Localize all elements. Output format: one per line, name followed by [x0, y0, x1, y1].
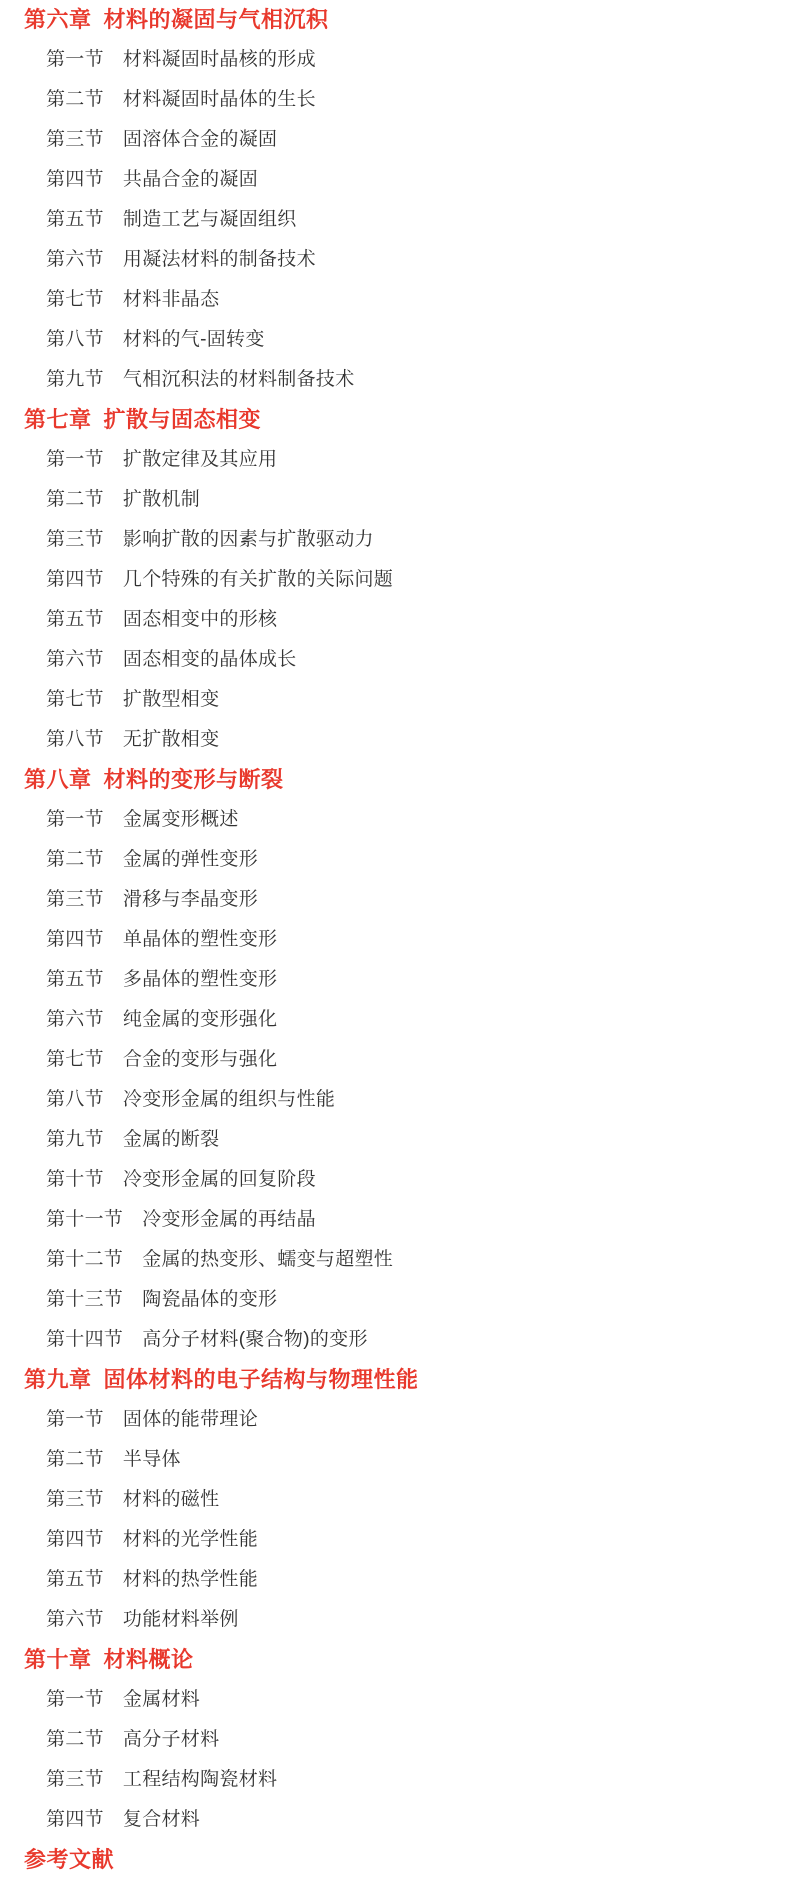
section-item: 第八节无扩散相变 [0, 720, 790, 760]
section-label: 第四节 [46, 1809, 104, 1830]
section-item: 第六节功能材料举例 [0, 1600, 790, 1640]
section-item: 第十一节冷变形金属的再结晶 [0, 1200, 790, 1240]
section-item: 第二节半导体 [0, 1440, 790, 1480]
section-item: 第二节材料凝固时晶体的生长 [0, 80, 790, 120]
section-label: 第三节 [46, 129, 104, 150]
chapter-heading: 第九章固体材料的电子结构与物理性能 [0, 1360, 790, 1400]
section-item: 第十三节陶瓷晶体的变形 [0, 1280, 790, 1320]
chapter-heading: 第八章材料的变形与断裂 [0, 760, 790, 800]
section-label: 第二节 [46, 489, 104, 510]
section-item: 第四节材料的光学性能 [0, 1520, 790, 1560]
section-title: 共晶合金的凝固 [123, 169, 258, 190]
section-item: 第四节共晶合金的凝固 [0, 160, 790, 200]
section-item: 第三节工程结构陶瓷材料 [0, 1760, 790, 1800]
section-title: 材料的气-固转变 [123, 329, 265, 350]
section-label: 第十二节 [46, 1249, 123, 1270]
section-title: 材料凝固时晶核的形成 [123, 49, 316, 70]
chapter-title: 材料概论 [104, 1647, 194, 1672]
section-item: 第十四节高分子材料(聚合物)的变形 [0, 1320, 790, 1360]
section-label: 第十四节 [46, 1329, 123, 1350]
section-title: 材料的磁性 [123, 1489, 220, 1510]
chapter-heading: 第七章扩散与固态相变 [0, 400, 790, 440]
chapter-title: 材料的凝固与气相沉积 [104, 7, 329, 32]
section-item: 第一节扩散定律及其应用 [0, 440, 790, 480]
section-label: 第三节 [46, 1769, 104, 1790]
section-label: 第三节 [46, 1489, 104, 1510]
section-title: 金属的热变形、蠕变与超塑性 [142, 1249, 393, 1270]
section-item: 第一节材料凝固时晶核的形成 [0, 40, 790, 80]
section-item: 第四节单晶体的塑性变形 [0, 920, 790, 960]
chapter-heading: 第十章材料概论 [0, 1640, 790, 1680]
section-title: 影响扩散的因素与扩散驱动力 [123, 529, 374, 550]
section-title: 合金的变形与强化 [123, 1049, 277, 1070]
section-item: 第六节纯金属的变形强化 [0, 1000, 790, 1040]
section-title: 纯金属的变形强化 [123, 1009, 277, 1030]
section-title: 高分子材料(聚合物)的变形 [142, 1329, 368, 1350]
section-item: 第六节用凝法材料的制备技术 [0, 240, 790, 280]
section-label: 第一节 [46, 49, 104, 70]
section-title: 固溶体合金的凝固 [123, 129, 277, 150]
section-title: 功能材料举例 [123, 1609, 239, 1630]
section-item: 第七节材料非晶态 [0, 280, 790, 320]
section-item: 第二节金属的弹性变形 [0, 840, 790, 880]
section-item: 第七节扩散型相变 [0, 680, 790, 720]
section-title: 无扩散相变 [123, 729, 220, 750]
section-item: 第五节制造工艺与凝固组织 [0, 200, 790, 240]
section-item: 第三节影响扩散的因素与扩散驱动力 [0, 520, 790, 560]
section-label: 第二节 [46, 1729, 104, 1750]
section-title: 工程结构陶瓷材料 [123, 1769, 277, 1790]
chapter-title: 扩散与固态相变 [104, 407, 262, 432]
section-title: 冷变形金属的再结晶 [142, 1209, 316, 1230]
section-title: 高分子材料 [123, 1729, 220, 1750]
section-title: 半导体 [123, 1449, 181, 1470]
section-title: 陶瓷晶体的变形 [142, 1289, 277, 1310]
chapter-label: 第六章 [24, 7, 92, 32]
section-item: 第九节气相沉积法的材料制备技术 [0, 360, 790, 400]
section-title: 金属变形概述 [123, 809, 239, 830]
references-heading: 参考文献 [0, 1840, 790, 1880]
section-title: 复合材料 [123, 1809, 200, 1830]
section-label: 第十节 [46, 1169, 104, 1190]
section-item: 第八节冷变形金属的组织与性能 [0, 1080, 790, 1120]
section-label: 第一节 [46, 1409, 104, 1430]
section-label: 第九节 [46, 1129, 104, 1150]
section-label: 第五节 [46, 1569, 104, 1590]
section-item: 第三节材料的磁性 [0, 1480, 790, 1520]
section-label: 第一节 [46, 449, 104, 470]
section-item: 第二节扩散机制 [0, 480, 790, 520]
section-label: 第六节 [46, 1609, 104, 1630]
section-label: 第二节 [46, 849, 104, 870]
section-title: 固态相变中的形核 [123, 609, 277, 630]
section-title: 用凝法材料的制备技术 [123, 249, 316, 270]
section-label: 第八节 [46, 329, 104, 350]
section-label: 第十一节 [46, 1209, 123, 1230]
section-title: 多晶体的塑性变形 [123, 969, 277, 990]
section-item: 第三节滑移与李晶变形 [0, 880, 790, 920]
section-title: 单晶体的塑性变形 [123, 929, 277, 950]
section-title: 滑移与李晶变形 [123, 889, 258, 910]
toc-list: 第六章材料的凝固与气相沉积 第一节材料凝固时晶核的形成 第二节材料凝固时晶体的生… [0, 0, 790, 1880]
section-title: 金属的弹性变形 [123, 849, 258, 870]
section-label: 第五节 [46, 609, 104, 630]
section-label: 第三节 [46, 529, 104, 550]
chapter-title: 固体材料的电子结构与物理性能 [104, 1367, 419, 1392]
section-title: 气相沉积法的材料制备技术 [123, 369, 355, 390]
section-label: 第二节 [46, 1449, 104, 1470]
section-item: 第九节金属的断裂 [0, 1120, 790, 1160]
section-title: 材料的热学性能 [123, 1569, 258, 1590]
section-label: 第六节 [46, 1009, 104, 1030]
section-item: 第六节固态相变的晶体成长 [0, 640, 790, 680]
section-title: 冷变形金属的组织与性能 [123, 1089, 335, 1110]
section-label: 第八节 [46, 729, 104, 750]
section-label: 第四节 [46, 569, 104, 590]
section-item: 第二节高分子材料 [0, 1720, 790, 1760]
section-label: 第五节 [46, 209, 104, 230]
section-item: 第三节固溶体合金的凝固 [0, 120, 790, 160]
section-item: 第十二节金属的热变形、蠕变与超塑性 [0, 1240, 790, 1280]
section-item: 第五节固态相变中的形核 [0, 600, 790, 640]
section-item: 第四节几个特殊的有关扩散的关际问题 [0, 560, 790, 600]
section-title: 金属的断裂 [123, 1129, 220, 1150]
section-label: 第三节 [46, 889, 104, 910]
section-label: 第九节 [46, 369, 104, 390]
section-label: 第四节 [46, 1529, 104, 1550]
chapter-label: 第九章 [24, 1367, 92, 1392]
section-title: 材料非晶态 [123, 289, 220, 310]
section-label: 第七节 [46, 289, 104, 310]
chapter-title: 材料的变形与断裂 [104, 767, 284, 792]
section-title: 金属材料 [123, 1689, 200, 1710]
toc-page: 第六章材料的凝固与气相沉积 第一节材料凝固时晶核的形成 第二节材料凝固时晶体的生… [0, 0, 790, 1897]
section-title: 几个特殊的有关扩散的关际问题 [123, 569, 393, 590]
section-item: 第五节材料的热学性能 [0, 1560, 790, 1600]
section-label: 第六节 [46, 249, 104, 270]
section-item: 第十节冷变形金属的回复阶段 [0, 1160, 790, 1200]
section-label: 第二节 [46, 89, 104, 110]
section-item: 第四节复合材料 [0, 1800, 790, 1840]
section-title: 扩散定律及其应用 [123, 449, 277, 470]
section-label: 第四节 [46, 169, 104, 190]
section-label: 第七节 [46, 689, 104, 710]
section-item: 第一节固体的能带理论 [0, 1400, 790, 1440]
section-label: 第八节 [46, 1089, 104, 1110]
section-title: 扩散机制 [123, 489, 200, 510]
section-label: 第十三节 [46, 1289, 123, 1310]
section-label: 第六节 [46, 649, 104, 670]
chapter-label: 第十章 [24, 1647, 92, 1672]
section-label: 第七节 [46, 1049, 104, 1070]
chapter-label: 第七章 [24, 407, 92, 432]
section-label: 第四节 [46, 929, 104, 950]
chapter-label: 第八章 [24, 767, 92, 792]
section-label: 第一节 [46, 1689, 104, 1710]
section-item: 第一节金属变形概述 [0, 800, 790, 840]
section-title: 材料的光学性能 [123, 1529, 258, 1550]
chapter-heading: 第六章材料的凝固与气相沉积 [0, 0, 790, 40]
section-item: 第五节多晶体的塑性变形 [0, 960, 790, 1000]
section-title: 固体的能带理论 [123, 1409, 258, 1430]
section-title: 冷变形金属的回复阶段 [123, 1169, 316, 1190]
section-title: 材料凝固时晶体的生长 [123, 89, 316, 110]
section-title: 固态相变的晶体成长 [123, 649, 297, 670]
section-item: 第七节合金的变形与强化 [0, 1040, 790, 1080]
section-label: 第五节 [46, 969, 104, 990]
section-item: 第八节材料的气-固转变 [0, 320, 790, 360]
section-label: 第一节 [46, 809, 104, 830]
section-title: 扩散型相变 [123, 689, 220, 710]
section-title: 制造工艺与凝固组织 [123, 209, 297, 230]
references-label: 参考文献 [24, 1847, 114, 1872]
section-item: 第一节金属材料 [0, 1680, 790, 1720]
